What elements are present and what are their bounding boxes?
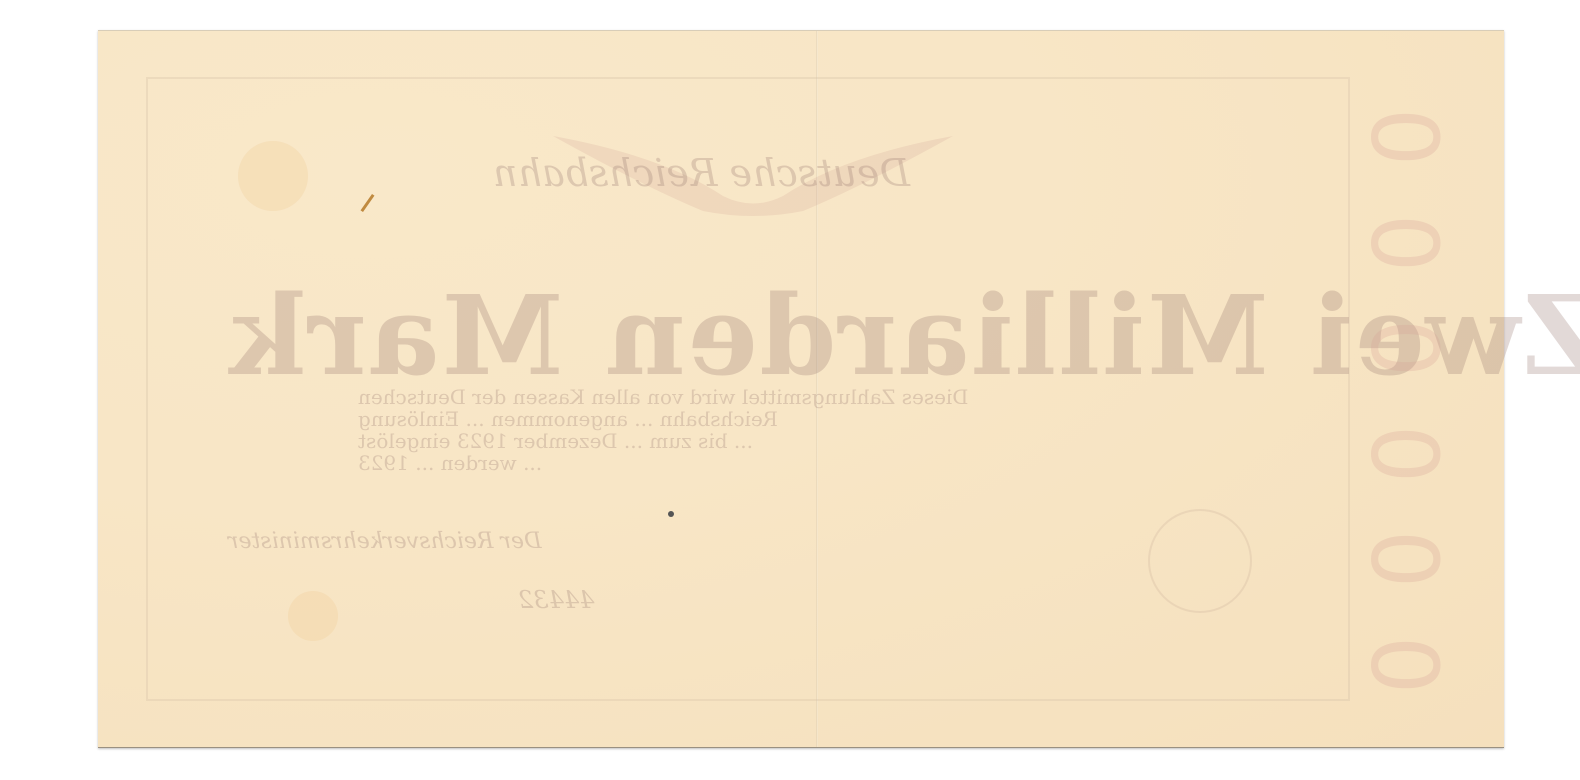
body-text: Dieses Zahlungsmittel wird von allen Kas… bbox=[358, 386, 968, 474]
vertical-numeral: 000000 bbox=[1358, 91, 1448, 711]
numeral-digit: 0 bbox=[1357, 530, 1449, 589]
numeral-digit: 0 bbox=[1357, 425, 1449, 484]
ink-dot bbox=[668, 511, 674, 517]
stain bbox=[238, 141, 308, 211]
signature-line: Der Reichsverkehrsminister bbox=[228, 529, 542, 554]
numeral-digit: 0 bbox=[1357, 108, 1449, 167]
numeral-digit: 0 bbox=[1357, 636, 1449, 695]
seal-stamp bbox=[1148, 509, 1252, 613]
stain bbox=[288, 591, 338, 641]
issuer-text: Deutsche Reichsbahn bbox=[493, 151, 910, 195]
numeral-digit: 0 bbox=[1357, 319, 1449, 378]
numeral-digit: 0 bbox=[1357, 213, 1449, 272]
banknote: Deutsche Reichsbahn Zwei Milliarden Mark… bbox=[98, 30, 1504, 748]
serial-number: 44432 bbox=[518, 586, 594, 614]
